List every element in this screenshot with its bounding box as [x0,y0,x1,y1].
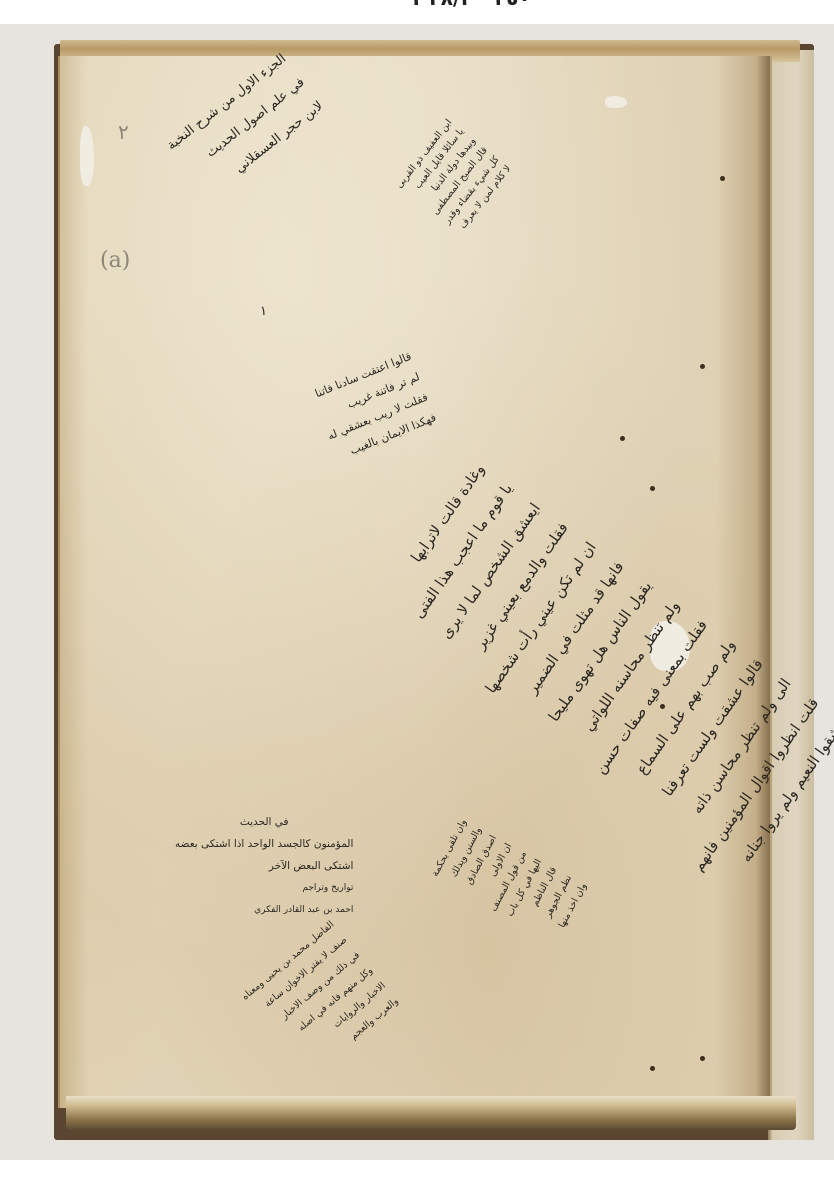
column-annotation: وان تلقى بحكمة والسنن ويدلك اصدق الصادق … [425,816,591,947]
gutter-shadow [756,56,770,1108]
hadith-signature: تواريخ وتراجم [175,877,353,899]
top-caption-cropped: ٢٥٠ · ٣٨/٢ ١ [330,0,610,10]
pencil-number: ٢ [118,120,129,144]
wormhole-mark [650,1066,655,1071]
paper-tear [80,126,94,186]
pencil-folio-mark: (a) [100,248,130,273]
wormhole-mark [650,486,655,491]
title-annotation: الجزء الاول من شرح النخبة في علم اصول ال… [160,46,331,207]
page-number-mark: ١ [260,304,267,319]
hadith-annotation: في الحديث المؤمنون كالجسد الواحد اذا اشت… [175,811,353,921]
hadith-heading: في الحديث [175,811,353,833]
facing-page-edge [768,50,814,1140]
top-notes-annotation: ابن العفيف ذو القربى يا سائلا قايل العيب… [392,116,515,238]
wormhole-mark [700,364,705,369]
quote-annotation: قالوا اعتقت سادنا فاتنا لم تر فاتنة غريب… [308,346,440,468]
wormhole-mark [620,436,625,441]
paper-tear [605,96,627,108]
manuscript-page: ٢ (a) ١ الجزء الاول من شرح النخبة في علم… [58,56,772,1108]
wormhole-mark [700,1056,705,1061]
hadith-line: المؤمنون كالجسد الواحد اذا اشتكى بعضه [175,833,353,855]
page-stack-bottom [66,1096,796,1130]
wormhole-mark [720,176,725,181]
lower-annotation: الفاضل محمد بن يحيى ومعناه صنف لا يفتر ا… [237,916,404,1083]
manuscript-book: ٢ (a) ١ الجزء الاول من شرح النخبة في علم… [50,36,814,1140]
hadith-line: اشتكى البعض الآخر [175,855,353,877]
